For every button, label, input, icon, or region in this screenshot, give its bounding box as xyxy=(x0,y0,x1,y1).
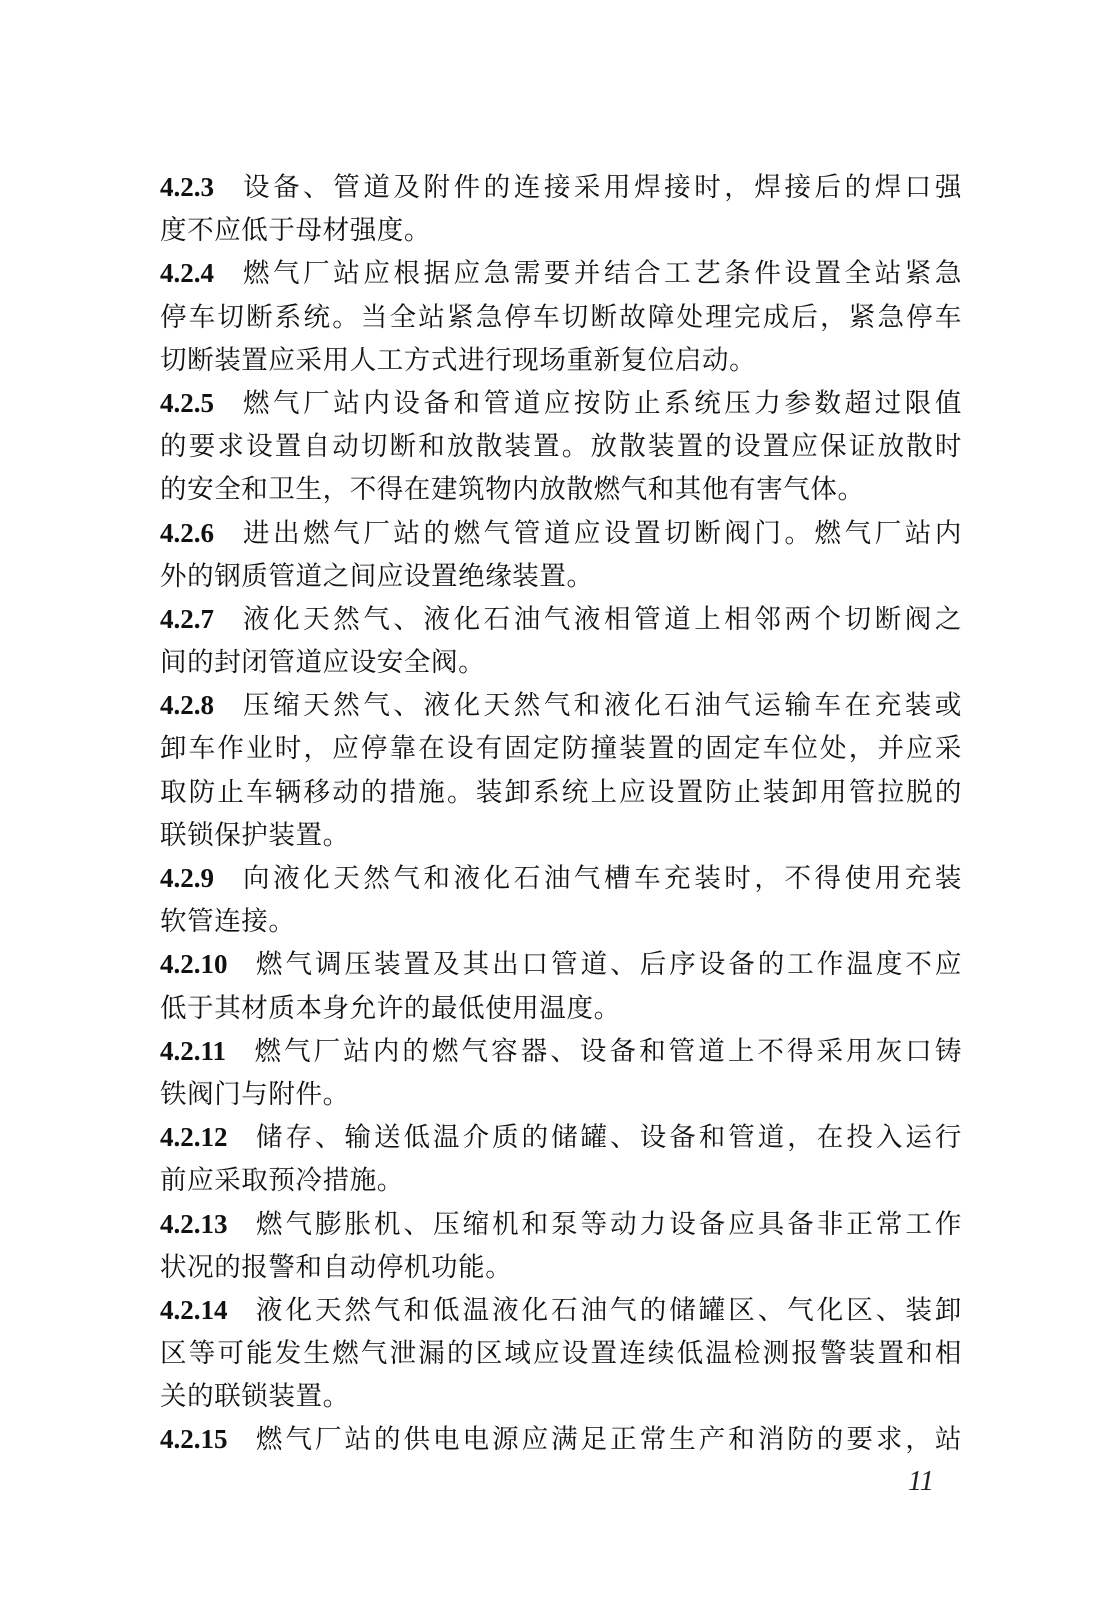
page-number: 11 xyxy=(908,1466,934,1498)
clause-text: 液化天然气和低温液化石油气的储罐区、气化区、装卸 xyxy=(254,1295,963,1326)
clause-number: 4.2.12 xyxy=(160,1116,228,1159)
clause-first-line: 4.2.8压缩天然气、液化天然气和液化石油气运输车在充装或 xyxy=(160,684,962,727)
clause-text-line: 关的联锁装置。 xyxy=(160,1375,962,1418)
clause-text-line: 联锁保护装置。 xyxy=(160,814,962,857)
clause-text-line: 的要求设置自动切断和放散装置。放散装置的设置应保证放散时 xyxy=(160,425,962,468)
clause-text-line: 切断装置应采用人工方式进行现场重新复位启动。 xyxy=(160,339,962,382)
clause-text: 燃气厂站内设备和管道应按防止系统压力参数超过限值 xyxy=(240,388,962,419)
clause-number: 4.2.7 xyxy=(160,598,214,641)
clause-number: 4.2.10 xyxy=(160,943,228,986)
clause-first-line: 4.2.9向液化天然气和液化石油气槽车充装时，不得使用充装 xyxy=(160,857,962,900)
clause-number: 4.2.6 xyxy=(160,512,214,555)
clause-text: 压缩天然气、液化天然气和液化石油气运输车在充装或 xyxy=(240,690,962,721)
clause-text: 燃气厂站应根据应急需要并结合工艺条件设置全站紧急 xyxy=(240,258,962,289)
clause-text: 储存、输送低温介质的储罐、设备和管道，在投入运行 xyxy=(254,1122,963,1153)
clause-4-2-12: 4.2.12储存、输送低温介质的储罐、设备和管道，在投入运行 前应采取预冷措施。 xyxy=(160,1116,962,1202)
clause-first-line: 4.2.7液化天然气、液化石油气液相管道上相邻两个切断阀之 xyxy=(160,598,962,641)
clause-text-line: 区等可能发生燃气泄漏的区域应设置连续低温检测报警装置和相 xyxy=(160,1332,962,1375)
clause-text-line: 度不应低于母材强度。 xyxy=(160,209,962,252)
clause-text: 向液化天然气和液化石油气槽车充装时，不得使用充装 xyxy=(240,863,962,894)
clause-first-line: 4.2.14液化天然气和低温液化石油气的储罐区、气化区、装卸 xyxy=(160,1289,962,1332)
clause-first-line: 4.2.6进出燃气厂站的燃气管道应设置切断阀门。燃气厂站内 xyxy=(160,512,962,555)
clause-first-line: 4.2.13燃气膨胀机、压缩机和泵等动力设备应具备非正常工作 xyxy=(160,1203,962,1246)
clause-text-line: 外的钢质管道之间应设置绝缘装置。 xyxy=(160,555,962,598)
clause-text-line: 前应采取预冷措施。 xyxy=(160,1159,962,1202)
clause-4-2-11: 4.2.11燃气厂站内的燃气容器、设备和管道上不得采用灰口铸 铁阀门与附件。 xyxy=(160,1030,962,1116)
clause-4-2-6: 4.2.6进出燃气厂站的燃气管道应设置切断阀门。燃气厂站内 外的钢质管道之间应设… xyxy=(160,512,962,598)
clause-text-line: 停车切断系统。当全站紧急停车切断故障处理完成后，紧急停车 xyxy=(160,296,962,339)
clause-text: 燃气膨胀机、压缩机和泵等动力设备应具备非正常工作 xyxy=(254,1209,963,1240)
clause-first-line: 4.2.12储存、输送低温介质的储罐、设备和管道，在投入运行 xyxy=(160,1116,962,1159)
clause-first-line: 4.2.15燃气厂站的供电电源应满足正常生产和消防的要求，站 xyxy=(160,1418,962,1461)
clause-4-2-3: 4.2.3设备、管道及附件的连接采用焊接时，焊接后的焊口强 度不应低于母材强度。 xyxy=(160,166,962,252)
clause-text: 燃气厂站内的燃气容器、设备和管道上不得采用灰口铸 xyxy=(252,1036,962,1067)
clause-4-2-13: 4.2.13燃气膨胀机、压缩机和泵等动力设备应具备非正常工作 状况的报警和自动停… xyxy=(160,1203,962,1289)
clause-first-line: 4.2.4燃气厂站应根据应急需要并结合工艺条件设置全站紧急 xyxy=(160,252,962,295)
clause-first-line: 4.2.10燃气调压装置及其出口管道、后序设备的工作温度不应 xyxy=(160,943,962,986)
clause-text-line: 的安全和卫生，不得在建筑物内放散燃气和其他有害气体。 xyxy=(160,468,962,511)
clause-text: 燃气厂站的供电电源应满足正常生产和消防的要求，站 xyxy=(254,1424,963,1455)
clause-number: 4.2.9 xyxy=(160,857,214,900)
clause-4-2-9: 4.2.9向液化天然气和液化石油气槽车充装时，不得使用充装 软管连接。 xyxy=(160,857,962,943)
clause-text-line: 间的封闭管道应设安全阀。 xyxy=(160,641,962,684)
clause-number: 4.2.14 xyxy=(160,1289,228,1332)
clause-4-2-10: 4.2.10燃气调压装置及其出口管道、后序设备的工作温度不应 低于其材质本身允许… xyxy=(160,943,962,1029)
clause-number: 4.2.4 xyxy=(160,252,214,295)
clause-4-2-8: 4.2.8压缩天然气、液化天然气和液化石油气运输车在充装或 卸车作业时，应停靠在… xyxy=(160,684,962,857)
clause-first-line: 4.2.3设备、管道及附件的连接采用焊接时，焊接后的焊口强 xyxy=(160,166,962,209)
clause-number: 4.2.11 xyxy=(160,1030,226,1073)
clause-text-line: 取防止车辆移动的措施。装卸系统上应设置防止装卸用管拉脱的 xyxy=(160,771,962,814)
clause-text: 进出燃气厂站的燃气管道应设置切断阀门。燃气厂站内 xyxy=(240,518,962,549)
clause-4-2-15: 4.2.15燃气厂站的供电电源应满足正常生产和消防的要求，站 xyxy=(160,1418,962,1461)
clause-4-2-5: 4.2.5燃气厂站内设备和管道应按防止系统压力参数超过限值 的要求设置自动切断和… xyxy=(160,382,962,512)
clause-text-line: 软管连接。 xyxy=(160,900,962,943)
clause-4-2-14: 4.2.14液化天然气和低温液化石油气的储罐区、气化区、装卸 区等可能发生燃气泄… xyxy=(160,1289,962,1419)
clause-number: 4.2.8 xyxy=(160,684,214,727)
clause-text: 设备、管道及附件的连接采用焊接时，焊接后的焊口强 xyxy=(240,172,962,203)
clause-first-line: 4.2.5燃气厂站内设备和管道应按防止系统压力参数超过限值 xyxy=(160,382,962,425)
clause-text: 液化天然气、液化石油气液相管道上相邻两个切断阀之 xyxy=(240,604,962,635)
clause-first-line: 4.2.11燃气厂站内的燃气容器、设备和管道上不得采用灰口铸 xyxy=(160,1030,962,1073)
clause-text-line: 铁阀门与附件。 xyxy=(160,1073,962,1116)
clause-number: 4.2.5 xyxy=(160,382,214,425)
clause-text: 燃气调压装置及其出口管道、后序设备的工作温度不应 xyxy=(254,949,963,980)
clause-number: 4.2.15 xyxy=(160,1418,228,1461)
clause-text-line: 低于其材质本身允许的最低使用温度。 xyxy=(160,987,962,1030)
document-page: 4.2.3设备、管道及附件的连接采用焊接时，焊接后的焊口强 度不应低于母材强度。… xyxy=(160,166,962,1462)
clause-4-2-4: 4.2.4燃气厂站应根据应急需要并结合工艺条件设置全站紧急 停车切断系统。当全站… xyxy=(160,252,962,382)
clause-number: 4.2.13 xyxy=(160,1203,228,1246)
clause-text-line: 卸车作业时，应停靠在设有固定防撞装置的固定车位处，并应采 xyxy=(160,727,962,770)
clause-number: 4.2.3 xyxy=(160,166,214,209)
clause-4-2-7: 4.2.7液化天然气、液化石油气液相管道上相邻两个切断阀之 间的封闭管道应设安全… xyxy=(160,598,962,684)
clause-text-line: 状况的报警和自动停机功能。 xyxy=(160,1246,962,1289)
